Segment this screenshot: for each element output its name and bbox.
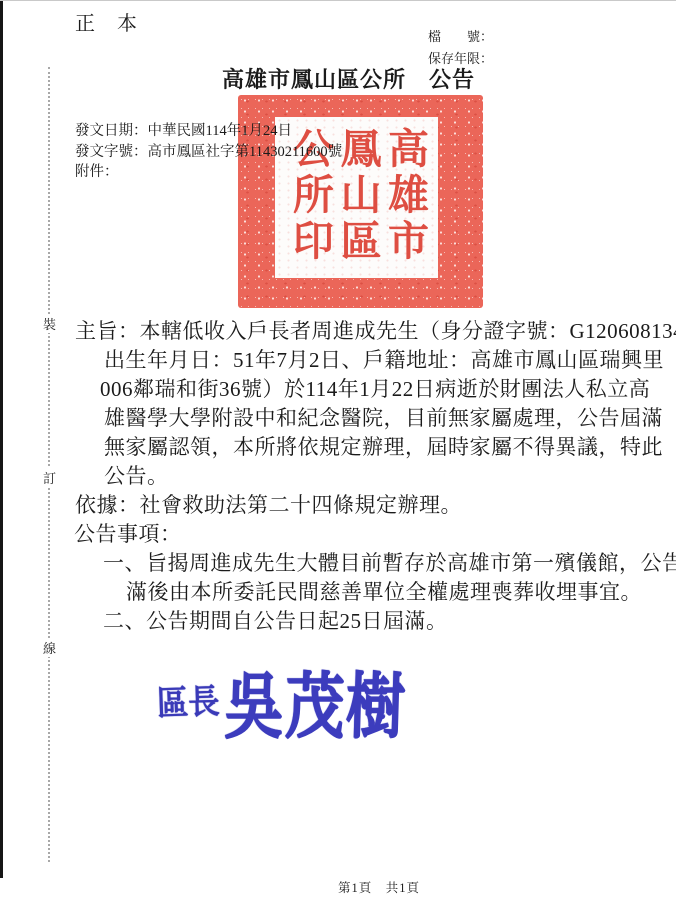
- copy-label: 正 本: [75, 7, 138, 36]
- subject-line-2: 出生年月日：51年7月2日、戶籍地址：高雄市鳳山區瑞興里: [104, 344, 664, 374]
- binding-mark-ding: 訂: [41, 468, 58, 487]
- binding-mark-zhuang: 裝: [41, 314, 58, 333]
- subject-line-3: 006鄰瑞和街36號）於114年1月22日病逝於財團法人私立高: [100, 373, 650, 403]
- item-2-line: 二、公告期間自公告日起25日屆滿。: [103, 605, 448, 635]
- issue-date: 發文日期：中華民國114年1月24日: [75, 119, 292, 140]
- seal-column-right: 高雄市: [381, 127, 427, 268]
- binding-dotted-line: [48, 67, 50, 862]
- item-1-line-2: 滿後由本所委託民間慈善單位全權處理喪葬收埋事宜。: [126, 576, 642, 606]
- binding-mark-xian: 線: [41, 638, 58, 657]
- attachment-label: 附件：: [75, 160, 119, 181]
- document-title: 高雄市鳳山區公所 公告: [222, 63, 475, 94]
- scan-edge-top: [0, 0, 676, 1]
- archive-no-label: 檔 號：: [428, 26, 493, 48]
- scan-edge-left: [0, 0, 3, 878]
- document-page: { "page": { "copy_label": "正 本", "archiv…: [0, 0, 676, 905]
- item-1-line-1: 一、旨揭周進成先生大體目前暫存於高雄市第一殯儀館，公告屆: [103, 547, 676, 577]
- subject-line-1: 主旨：本轄低收入戶長者周進成先生（身分證字號：G120608134、: [75, 315, 676, 345]
- issue-number: 發文字號：高市鳳區社字第11430211600號: [75, 140, 342, 161]
- legal-basis-line: 依據：社會救助法第二十四條規定辦理。: [75, 489, 462, 519]
- subject-line-6: 公告。: [104, 460, 169, 490]
- page-footer: 第1頁 共1頁: [338, 878, 420, 896]
- announcement-items-header: 公告事項：: [74, 518, 182, 548]
- district-chief-title: 區長: [156, 674, 220, 725]
- subject-line-4: 雄醫學大學附設中和紀念醫院，目前無家屬處理，公告屆滿: [104, 402, 663, 432]
- district-chief-signature: 吳茂樹: [223, 648, 408, 752]
- subject-line-5: 無家屬認領，本所將依規定辦理，屆時家屬不得異議，特此: [104, 431, 663, 461]
